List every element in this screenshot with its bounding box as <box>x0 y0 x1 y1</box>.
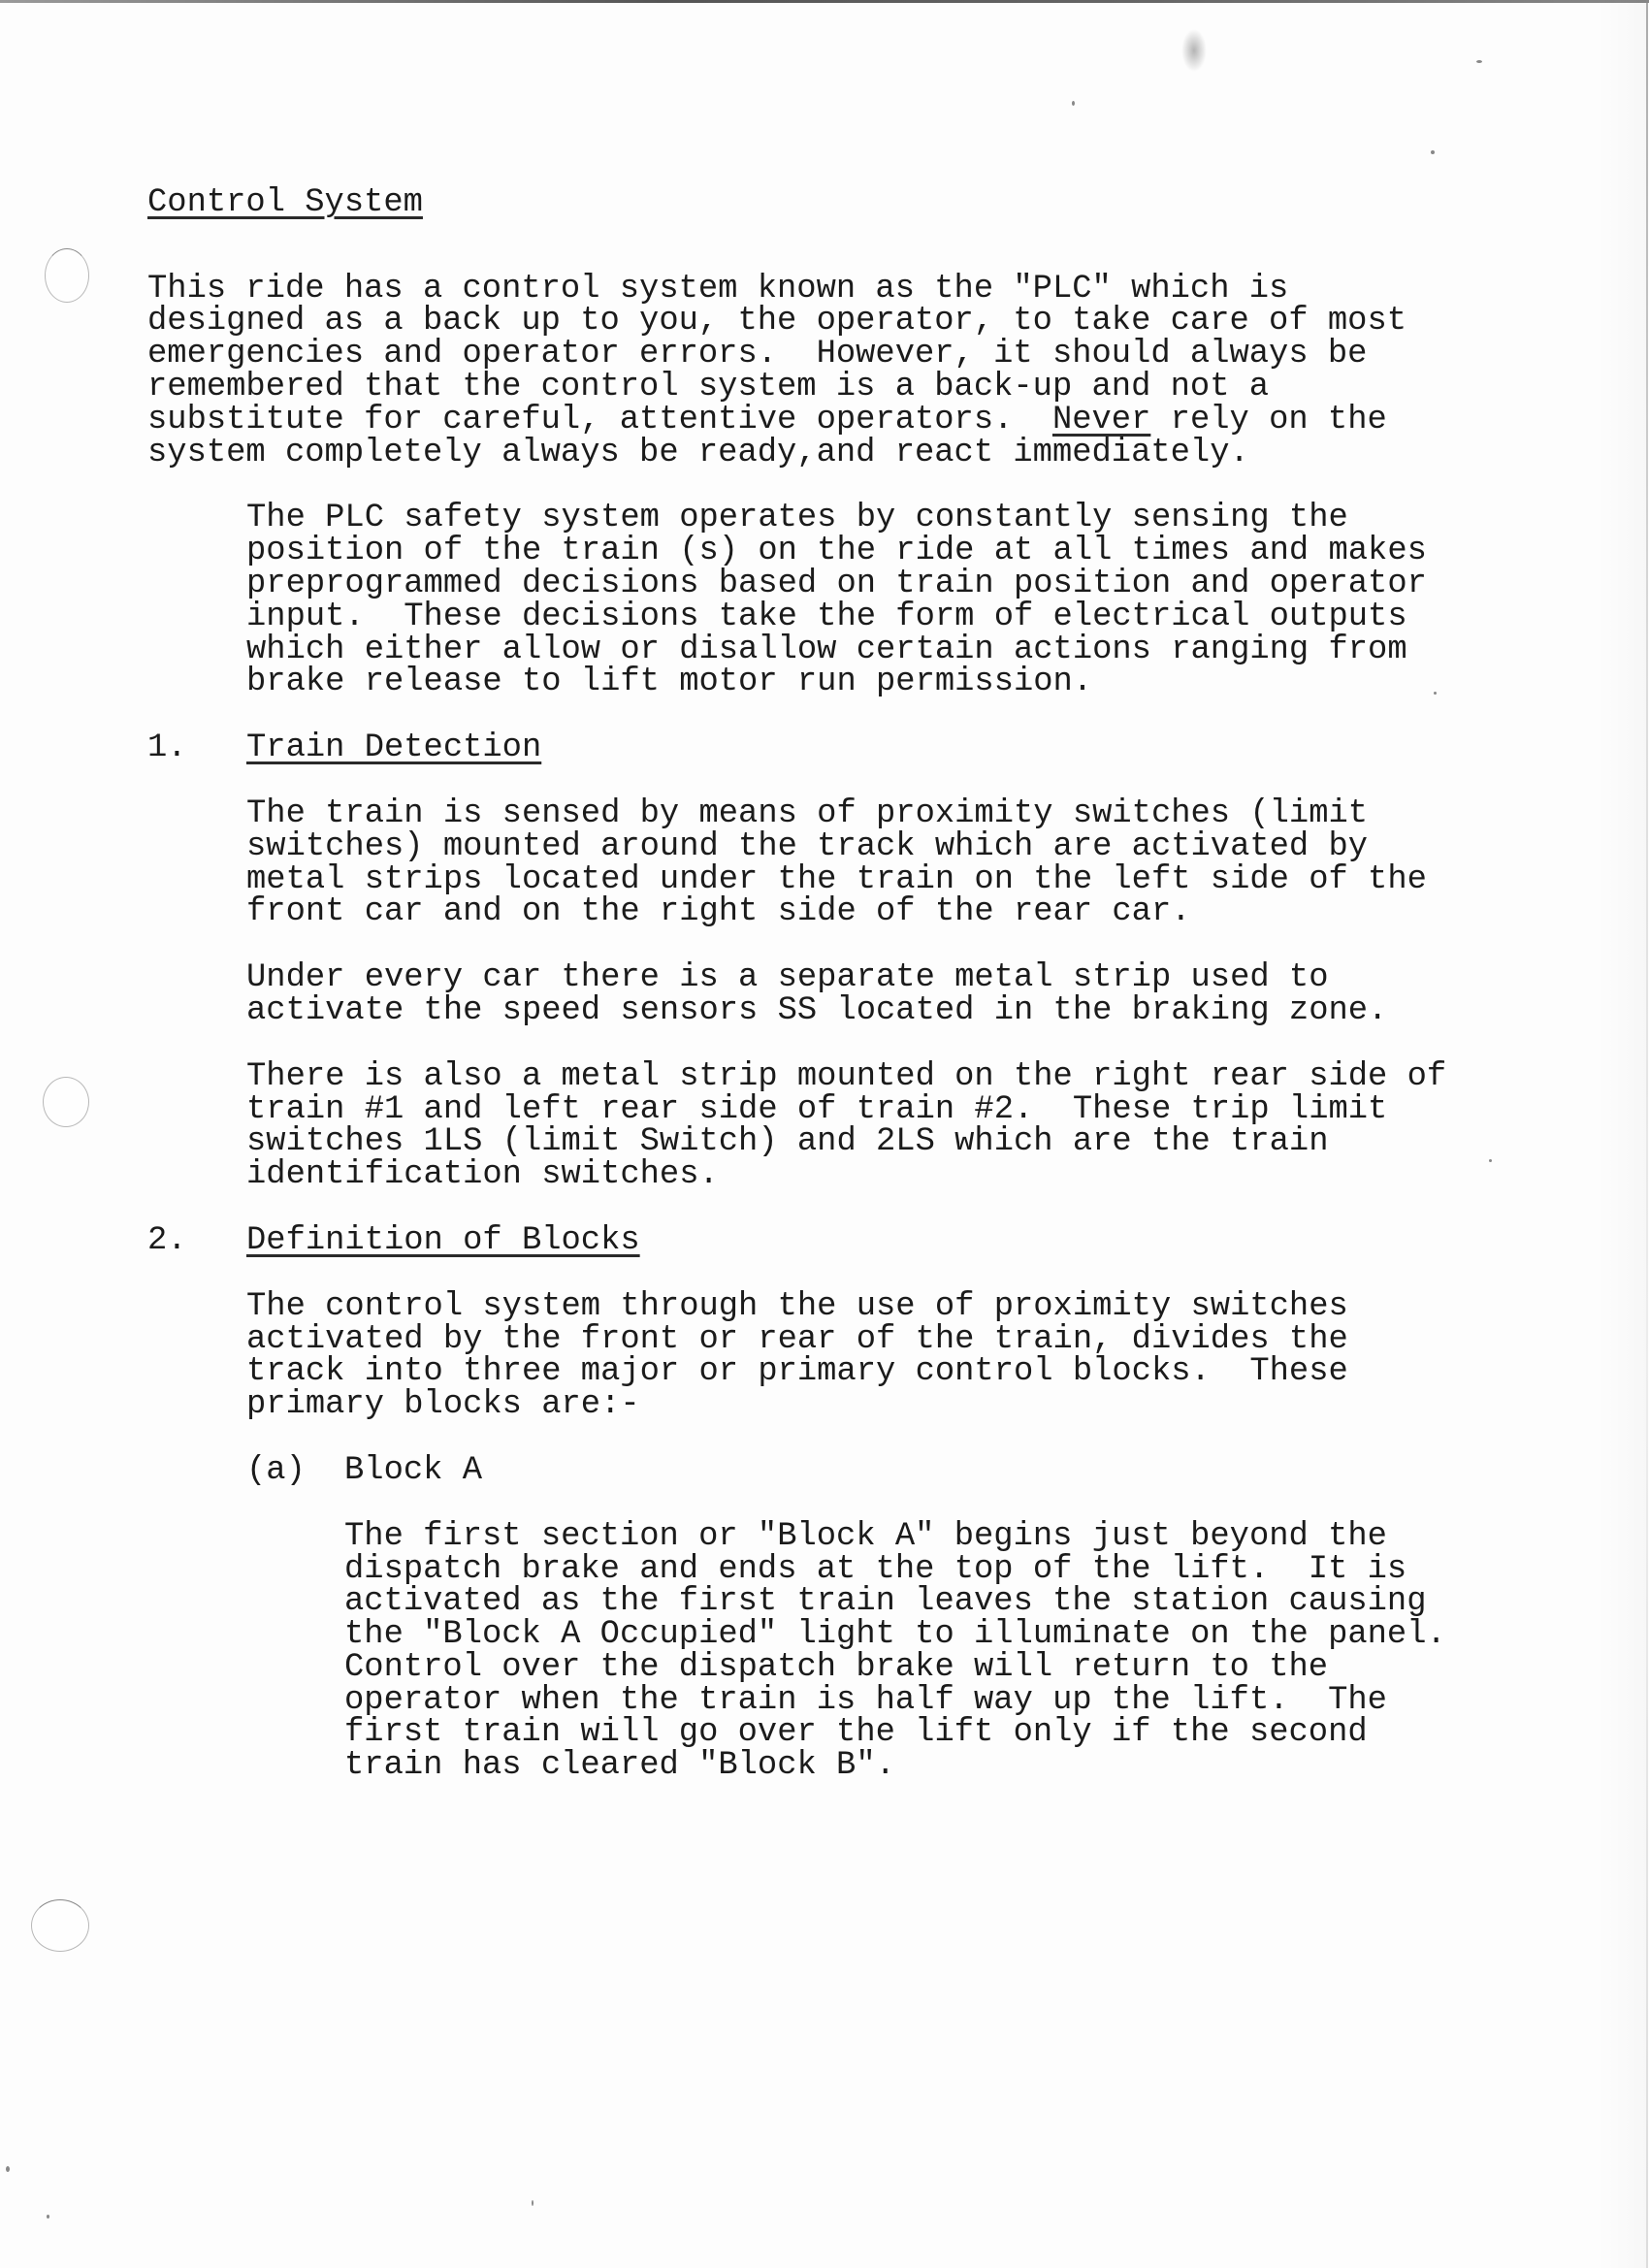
block-a-paragraph: The first section or "Block A" begins ju… <box>147 1521 1544 1783</box>
text-line: dispatch brake and ends at the top of th… <box>344 1554 1544 1587</box>
text-line: track into three major or primary contro… <box>246 1356 1544 1389</box>
blocks-paragraph: The control system through the use of pr… <box>147 1291 1544 1422</box>
text-line: Under every car there is a separate meta… <box>246 962 1544 995</box>
scan-speck <box>47 2215 49 2219</box>
text-line: activated as the first train leaves the … <box>344 1586 1544 1619</box>
section-title: Train Detection <box>246 732 541 765</box>
scan-speck <box>532 2200 533 2206</box>
subsection-label: (a) <box>246 1455 344 1488</box>
plc-paragraph: The PLC safety system operates by consta… <box>147 502 1544 699</box>
text-line: substitute for careful, attentive operat… <box>147 405 1544 437</box>
document-title-row: Control System <box>147 187 1544 220</box>
text-line: This ride has a control system known as … <box>147 274 1544 307</box>
page-top-edge <box>0 0 1649 3</box>
scan-speck <box>1476 60 1482 63</box>
train-detection-paragraph-1: The train is sensed by means of proximit… <box>147 798 1544 929</box>
subsection-title: Block A <box>344 1455 482 1488</box>
text-line: Control over the dispatch brake will ret… <box>344 1652 1544 1685</box>
text-line: remembered that the control system is a … <box>147 372 1544 405</box>
scan-speck <box>6 2166 10 2172</box>
text-line: switches 1LS (limit Switch) and 2LS whic… <box>246 1126 1544 1159</box>
text-line: input. These decisions take the form of … <box>246 601 1544 634</box>
text-line: switches) mounted around the track which… <box>246 831 1544 864</box>
text-line: primary blocks are:- <box>246 1389 1544 1422</box>
text-line: first train will go over the lift only i… <box>344 1717 1544 1750</box>
text-line: There is also a metal strip mounted on t… <box>246 1061 1544 1094</box>
scan-speck <box>1072 101 1075 106</box>
emphasis-never: Never <box>1052 402 1150 438</box>
text-line: identification switches. <box>246 1159 1544 1192</box>
scan-smudge <box>1181 29 1207 72</box>
train-detection-paragraph-3: There is also a metal strip mounted on t… <box>147 1061 1544 1192</box>
train-detection-paragraph-2: Under every car there is a separate meta… <box>147 962 1544 1028</box>
text-line: train has cleared "Block B". <box>344 1750 1544 1783</box>
text-line: brake release to lift motor run permissi… <box>246 666 1544 699</box>
text-line: The control system through the use of pr… <box>246 1291 1544 1324</box>
section-heading-train-detection: 1. Train Detection <box>147 732 1544 765</box>
text-line: which either allow or disallow certain a… <box>246 634 1544 667</box>
document-title: Control System <box>147 184 423 221</box>
page-right-shade <box>1598 0 1646 2268</box>
section-number: 2. <box>147 1225 246 1258</box>
text-line: train #1 and left rear side of train #2.… <box>246 1094 1544 1127</box>
binder-hole-bottom <box>31 1899 89 1952</box>
text-line: activated by the front or rear of the tr… <box>246 1324 1544 1357</box>
scanned-page: Control System This ride has a control s… <box>0 0 1649 2268</box>
text-fragment: rely on the <box>1150 402 1386 438</box>
text-line: the "Block A Occupied" light to illumina… <box>344 1619 1544 1652</box>
text-line: emergencies and operator errors. However… <box>147 339 1544 372</box>
text-line: front car and on the right side of the r… <box>246 896 1544 929</box>
text-line: designed as a back up to you, the operat… <box>147 306 1544 339</box>
text-line: operator when the train is half way up t… <box>344 1685 1544 1718</box>
scan-speck <box>1431 150 1435 154</box>
section-heading-definition-of-blocks: 2. Definition of Blocks <box>147 1225 1544 1258</box>
text-fragment: substitute for careful, attentive operat… <box>147 402 1052 438</box>
page-right-edge <box>1646 0 1648 2268</box>
text-line: The train is sensed by means of proximit… <box>246 798 1544 831</box>
section-title: Definition of Blocks <box>246 1225 640 1258</box>
binder-hole-top <box>45 248 89 303</box>
text-line: activate the speed sensors SS located in… <box>246 995 1544 1028</box>
subsection-heading-block-a: (a) Block A <box>147 1455 1544 1488</box>
text-line: The first section or "Block A" begins ju… <box>344 1521 1544 1554</box>
document-body: Control System This ride has a control s… <box>147 187 1544 1783</box>
section-number: 1. <box>147 732 246 765</box>
text-line: The PLC safety system operates by consta… <box>246 502 1544 535</box>
binder-hole-middle <box>43 1077 89 1127</box>
text-line: metal strips located under the train on … <box>246 864 1544 897</box>
text-line: system completely always be ready,and re… <box>147 437 1544 470</box>
text-line: preprogrammed decisions based on train p… <box>246 568 1544 601</box>
intro-paragraph: This ride has a control system known as … <box>147 274 1544 470</box>
text-line: position of the train (s) on the ride at… <box>246 535 1544 568</box>
